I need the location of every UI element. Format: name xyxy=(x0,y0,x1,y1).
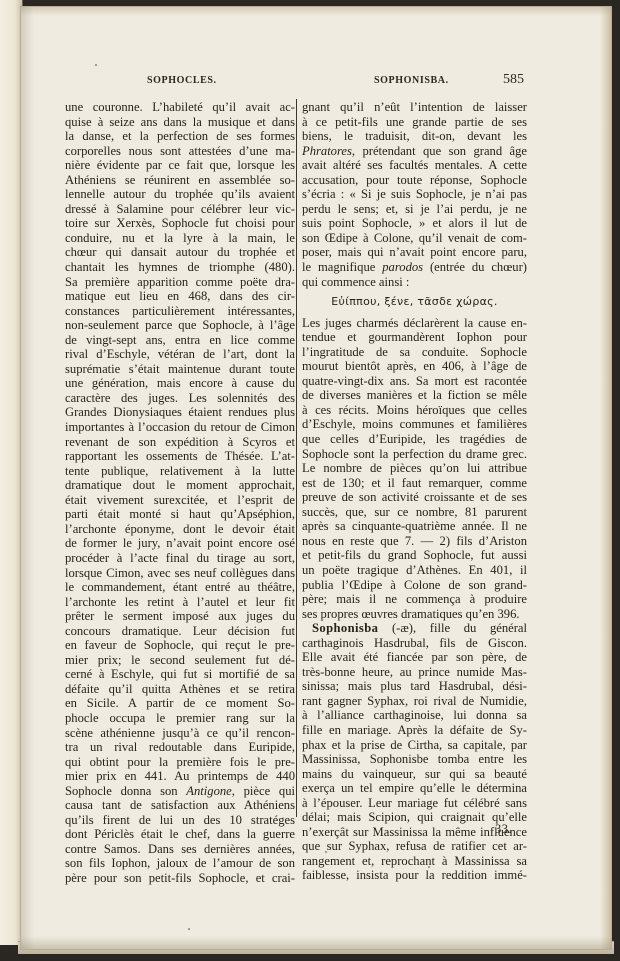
text-line: son Œdipe à Colone, qu’il venait de com- xyxy=(302,231,527,246)
text-line: que sur Syphax, refusa de ratifier cet a… xyxy=(302,839,527,854)
text-line: cerné à Eschyle, qui fut si mortifié de … xyxy=(65,667,295,682)
text-line: qu’ils firent de lui un des 10 stratéges xyxy=(65,813,295,828)
text-line: père pour son petit-fils Sophocle, et cr… xyxy=(65,871,295,886)
text-line: nière évidente par ce fait que, lorsque … xyxy=(65,158,295,173)
text-line: rapportant les ossements de Thésée. L’at… xyxy=(65,449,295,464)
text-line: la danse, et la perfection de ses formes xyxy=(65,129,295,144)
text-line: faiblesse, insista pour la reddition imm… xyxy=(302,868,527,883)
text-line: de vingt-sept ans, entra en lice comme xyxy=(65,333,295,348)
text-line: mier prix; le second seulement fut dé- xyxy=(65,653,295,668)
text-line: publia l’Œdipe à Colone de son grand- xyxy=(302,578,527,593)
text-line: à l’alliance carthaginoise, lui donna sa xyxy=(302,708,527,723)
text-line: Athéniens se réunirent en assemblée so- xyxy=(65,173,295,188)
text-line: un poëte tragique d’Athènes. En 401, il xyxy=(302,563,527,578)
text-line: de former le jury, n’avait point encore … xyxy=(65,536,295,551)
text-line: nous en reste que 7. — 2) fils d’Ariston xyxy=(302,534,527,549)
text-line: Sa première apparition comme poëte dra- xyxy=(65,275,295,290)
page-number: 585 xyxy=(503,72,524,88)
text-line-parodos: le magnifique parodos (entrée du chœur) xyxy=(302,260,527,275)
text-line: carthaginois Hasdrubal, fils de Giscon. xyxy=(302,636,527,651)
text-line: dressé à Salamine pour célébrer leur vic… xyxy=(65,202,295,217)
text-line: procéder à l’acte final du tirage au sor… xyxy=(65,551,295,566)
text-line: toire sur Xerxès, Sophocle fut choisi po… xyxy=(65,216,295,231)
text-line: causa tant de satisfaction aux Athéniens xyxy=(65,798,295,813)
text-line: l’ingratitude de sa conduite. Sophocle xyxy=(302,345,527,360)
text-line: gnant qu’il n’eût l’intention de laisser xyxy=(302,100,527,115)
text-line: mains du vainqueur, sur qui sa beauté xyxy=(302,767,527,782)
text-line: quatre-vingt-dix ans. Sa mort est racont… xyxy=(302,374,527,389)
text-line: à ces récits. Moins héroïques que celles xyxy=(302,403,527,418)
text-line: dramatique dout le moment approchait, xyxy=(65,478,295,493)
text-line: est de 130; et il faut remarquer, comme xyxy=(302,476,527,491)
text-line: succès, que, sur ce nombre, 81 parurent xyxy=(302,505,527,520)
text-line: père; mais il ne commença à produire xyxy=(302,592,527,607)
italic-term-parodos: parodos xyxy=(382,260,423,274)
text-line: d’Eschyle, moins communes et familières xyxy=(302,417,527,432)
text-line: matique eut lieu en 468, dans des cir- xyxy=(65,289,295,304)
text-line: Massinissa, Sophonisbe tomba entre les xyxy=(302,752,527,767)
text-line: suis point Sophocle, » et alors il lut d… xyxy=(302,216,527,231)
text-line: mier prix en 441. Au printemps de 440 xyxy=(65,769,295,784)
text-line: Elle avait été fiancée par son père, de xyxy=(302,650,527,665)
text-line: n’exerçât sur Massinissa la même influen… xyxy=(302,825,527,840)
text-line: accusation, pour toute réponse, Sophocle xyxy=(302,173,527,188)
text-line: une couronne. L’habileté qu’il avait ac- xyxy=(65,100,295,115)
text-line: très-bonne heure, au prince numide Mas- xyxy=(302,665,527,680)
text-line: s’écria : « Si je suis Sophocle, je n’ai… xyxy=(302,187,527,202)
text-line: en Sicile. A partir de ce moment So- xyxy=(65,696,295,711)
text-line: phax et la prise de Cirtha, sa capitale,… xyxy=(302,738,527,753)
running-head-center: SOPHONISBA. xyxy=(374,75,449,86)
paper-speck xyxy=(325,851,327,853)
text-line: prêter le serment imposé aux juges du xyxy=(65,609,295,624)
text-line: Le nombre de pièces qu’on lui attribue xyxy=(302,461,527,476)
text-line: revenant de son expédition à Scyros et xyxy=(65,435,295,450)
left-column: une couronne. L’habileté qu’il avait ac-… xyxy=(65,100,295,886)
entry-headword: Sophonisba xyxy=(312,621,378,635)
text-line: Sophocle sont la perfection du drame gre… xyxy=(302,447,527,462)
text-line: conduire, nu et la lyre à la main, le xyxy=(65,231,295,246)
text-line: fille en mariage. Après la défaite de Sy… xyxy=(302,723,527,738)
text-line: biens, le traduisit, dit-on, devant les xyxy=(302,129,527,144)
text-line: son fils Iophon, jaloux de l’amour de so… xyxy=(65,856,295,871)
text-line: poser, mais qui n’avait point encore par… xyxy=(302,245,527,260)
text-line: tra un rival redoutable dans Euripide, xyxy=(65,740,295,755)
text-line: chantait les hymnes de triomphe (480). xyxy=(65,260,295,275)
text-line-antigone: Sophocle donna son Antigone, pièce qui xyxy=(65,784,295,799)
text-line: suprématie s’était maintenue durant tout… xyxy=(65,362,295,377)
text-line-phratores: Phratores, prétendant que son grand âge xyxy=(302,144,527,159)
column-divider xyxy=(296,99,297,817)
text-line: importantes à l’occasion du retour de Ci… xyxy=(65,420,295,435)
paper-speck xyxy=(188,928,190,930)
text-line: tente publique, relativement à la lutte xyxy=(65,464,295,479)
text-line: rival d’Eschyle, vétéran de l’art, dont … xyxy=(65,347,295,362)
text-line: scène athénienne jusqu’à ce qu’il rencon… xyxy=(65,726,295,741)
text-line: exerça un tel empire qu’elle le détermin… xyxy=(302,781,527,796)
text-line: mourut bientôt après, en 406, à l’âge de xyxy=(302,359,527,374)
text-line: Grandes Dionysiaques étaient rendues plu… xyxy=(65,405,295,420)
text-line: et petit-fils du grand Sophocle, fut aus… xyxy=(302,548,527,563)
text-line: qui obtint pour la première fois le pre- xyxy=(65,755,295,770)
entry-sophonisba-heading: Sophonisba (-æ), fille du général xyxy=(302,621,527,636)
text-line: avait altéré ses facultés mentales. A ce… xyxy=(302,158,527,173)
paper-speck xyxy=(95,64,97,66)
text-line: contre Samos. Dans ses dernières années, xyxy=(65,842,295,857)
text-line: Les juges charmés déclarèrent la cause e… xyxy=(302,316,527,331)
text-line: dont Périclès était le chef, dans la gue… xyxy=(65,827,295,842)
text-line: l’archonte les retint à l’autel et leur … xyxy=(65,595,295,610)
text-line: après sa cinquante-quatrième année. Il n… xyxy=(302,519,527,534)
italic-title-antigone: Antigone xyxy=(186,784,231,798)
paper-speck xyxy=(428,866,430,868)
book-page: SOPHOCLES. SOPHONISBA. 585 une couronne.… xyxy=(20,6,612,950)
running-head-left: SOPHOCLES. xyxy=(147,75,217,86)
right-column: gnant qu’il n’eût l’intention de laisser… xyxy=(302,100,527,883)
text-line: rangement et, reprochant à Massinissa sa xyxy=(302,854,527,869)
text-line: phocle occupa le premier rang sur la xyxy=(65,711,295,726)
text-line: que celles d’Euripide, les tragédies de xyxy=(302,432,527,447)
text-line: était vivement surexcitée, et l’esprit d… xyxy=(65,493,295,508)
italic-term-phratores: Phratores xyxy=(302,144,352,158)
running-head: SOPHOCLES. SOPHONISBA. 585 xyxy=(20,73,612,89)
text-line: parti était monté si haut qu’Apséphion, xyxy=(65,507,295,522)
text-line: tendue et gourmandèrent Iophon pour xyxy=(302,330,527,345)
text-line: sinissa; mais plus tard Hasdrubal, dési- xyxy=(302,679,527,694)
text-line: quise à seize ans dans la musique et dan… xyxy=(65,115,295,130)
text-line: constances particulièrement intéressante… xyxy=(65,304,295,319)
text-line: défaite qu’il quitta Athènes et se retir… xyxy=(65,682,295,697)
text-line: chœur qui dansait autour du trophée et xyxy=(65,245,295,260)
text-line: non-seulement parce que Sophocle, à l’âg… xyxy=(65,318,295,333)
text-line: à l’épouser. Leur mariage fut célébré sa… xyxy=(302,796,527,811)
text-line: concours dramatique. Leur décision fut xyxy=(65,624,295,639)
text-line: en faveur de Sophocle, qui reçut le pre- xyxy=(65,638,295,653)
greek-quotation: Εὐίππου, ξένε, τᾶσδε χώρας. xyxy=(302,289,527,316)
text-line: lorsque Cimon, avec ses neuf collègues d… xyxy=(65,566,295,581)
text-line: preuve de son activité croissante et de … xyxy=(302,490,527,505)
text-line: de diverses manières et la fiction se mê… xyxy=(302,388,527,403)
text-line: à ce petit-fils une grande partie de ses xyxy=(302,115,527,130)
text-line: qui commence ainsi : xyxy=(302,275,527,290)
signature-mark: 33. xyxy=(495,822,512,837)
text-line: le commandement, étant entré au théâtre, xyxy=(65,580,295,595)
text-line: perdu le sens; et, si je l’ai perdu, je … xyxy=(302,202,527,217)
text-line: caractère des juges. Les solennités des xyxy=(65,391,295,406)
text-line: une génération, mais encore à cause du xyxy=(65,376,295,391)
text-line: ses propres œuvres dramatiques qu’en 396… xyxy=(302,607,527,622)
text-line: rant gagner Syphax, roi rival de Numidie… xyxy=(302,694,527,709)
text-line: lennelle autour du trophée qu’ils avaien… xyxy=(65,187,295,202)
text-line: l’archonte éponyme, dont le devoir était xyxy=(65,522,295,537)
text-line: délai; mais Scipion, qui craignait qu’el… xyxy=(302,810,527,825)
text-line: corporelles nous sont attestées d’une ma… xyxy=(65,144,295,159)
